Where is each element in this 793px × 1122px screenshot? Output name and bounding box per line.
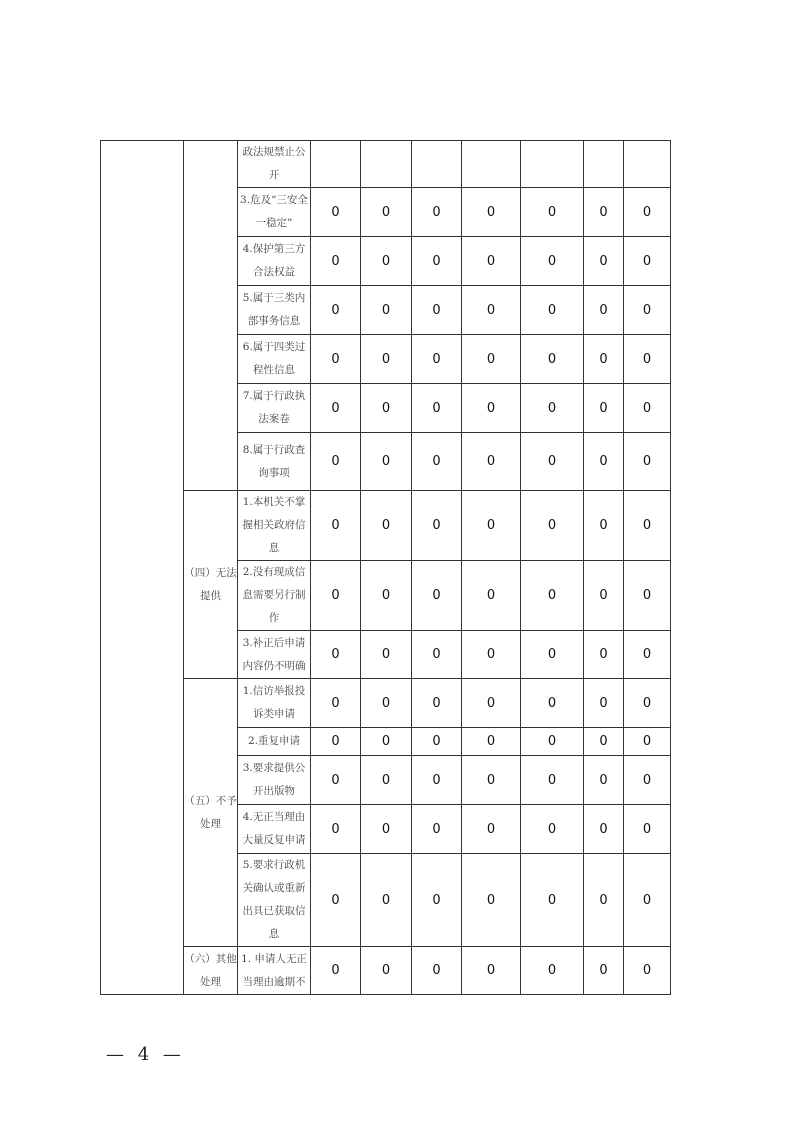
value-cell: 0 — [412, 286, 462, 335]
group-cell-other-handling: （六）其他处理 — [184, 947, 238, 995]
value-cell: 0 — [584, 728, 624, 756]
value-cell: 0 — [412, 335, 462, 384]
value-cell: 0 — [584, 433, 624, 491]
value-cell: 0 — [412, 679, 462, 728]
value-cell: 0 — [624, 728, 671, 756]
value-cell — [624, 141, 671, 188]
value-cell: 0 — [462, 188, 521, 237]
value-cell: 0 — [412, 188, 462, 237]
value-cell: 0 — [361, 188, 412, 237]
value-cell: 0 — [361, 433, 412, 491]
value-cell: 0 — [311, 433, 361, 491]
row-label: 2.重复申请 — [238, 728, 311, 756]
value-cell: 0 — [412, 854, 462, 947]
value-cell: 0 — [521, 237, 584, 286]
value-cell: 0 — [311, 335, 361, 384]
value-cell: 0 — [311, 854, 361, 947]
value-cell: 0 — [624, 854, 671, 947]
value-cell: 0 — [462, 561, 521, 631]
outer-category-cell — [101, 141, 184, 995]
page-number: — 4 — — [106, 1044, 185, 1065]
row-label: 8.属于行政查询事项 — [238, 433, 311, 491]
value-cell: 0 — [624, 561, 671, 631]
value-cell: 0 — [462, 286, 521, 335]
value-cell: 0 — [584, 756, 624, 805]
group-cell-not-processed: （五）不予处理 — [184, 679, 238, 947]
value-cell: 0 — [521, 728, 584, 756]
value-cell: 0 — [462, 237, 521, 286]
value-cell: 0 — [584, 335, 624, 384]
value-cell: 0 — [361, 237, 412, 286]
value-cell: 0 — [521, 631, 584, 679]
row-label: 3.危及“三安全一稳定” — [238, 188, 311, 237]
value-cell: 0 — [462, 728, 521, 756]
value-cell: 0 — [361, 854, 412, 947]
row-label: 1. 申请人无正当理由逾期不 — [238, 947, 311, 995]
value-cell: 0 — [624, 631, 671, 679]
value-cell: 0 — [462, 947, 521, 995]
value-cell: 0 — [311, 561, 361, 631]
value-cell: 0 — [521, 805, 584, 854]
value-cell: 0 — [584, 854, 624, 947]
value-cell: 0 — [311, 286, 361, 335]
value-cell: 0 — [584, 188, 624, 237]
value-cell: 0 — [361, 335, 412, 384]
row-label: 3.补正后申请内容仍不明确 — [238, 631, 311, 679]
value-cell: 0 — [412, 805, 462, 854]
value-cell: 0 — [462, 854, 521, 947]
value-cell — [311, 141, 361, 188]
value-cell: 0 — [361, 286, 412, 335]
value-cell: 0 — [462, 491, 521, 561]
value-cell — [521, 141, 584, 188]
value-cell: 0 — [521, 433, 584, 491]
value-cell: 0 — [311, 237, 361, 286]
value-cell: 0 — [624, 805, 671, 854]
value-cell: 0 — [361, 728, 412, 756]
value-cell: 0 — [361, 947, 412, 995]
value-cell: 0 — [584, 805, 624, 854]
value-cell: 0 — [412, 756, 462, 805]
table-row: 政法规禁止公开 — [101, 141, 671, 188]
value-cell: 0 — [521, 854, 584, 947]
value-cell: 0 — [311, 491, 361, 561]
value-cell — [584, 141, 624, 188]
row-label: 1.信访举报投诉类申请 — [238, 679, 311, 728]
value-cell: 0 — [462, 756, 521, 805]
value-cell — [361, 141, 412, 188]
row-label: 4.保护第三方合法权益 — [238, 237, 311, 286]
table-row: （五）不予处理 1.信访举报投诉类申请 0 0 0 0 0 0 0 — [101, 679, 671, 728]
value-cell: 0 — [521, 286, 584, 335]
value-cell: 0 — [584, 679, 624, 728]
row-label: 5.属于三类内部事务信息 — [238, 286, 311, 335]
value-cell: 0 — [584, 561, 624, 631]
value-cell: 0 — [624, 756, 671, 805]
value-cell: 0 — [624, 384, 671, 433]
value-cell — [412, 141, 462, 188]
value-cell: 0 — [521, 947, 584, 995]
group-cell — [184, 141, 238, 491]
value-cell: 0 — [584, 384, 624, 433]
value-cell: 0 — [624, 491, 671, 561]
value-cell: 0 — [624, 286, 671, 335]
value-cell: 0 — [412, 384, 462, 433]
value-cell: 0 — [311, 631, 361, 679]
row-label: 5.要求行政机关确认或重新出具已获取信息 — [238, 854, 311, 947]
value-cell: 0 — [412, 433, 462, 491]
value-cell: 0 — [521, 188, 584, 237]
row-label: 政法规禁止公开 — [238, 141, 311, 188]
value-cell: 0 — [361, 679, 412, 728]
row-label: 3.要求提供公开出版物 — [238, 756, 311, 805]
value-cell: 0 — [624, 237, 671, 286]
value-cell: 0 — [521, 491, 584, 561]
value-cell: 0 — [462, 433, 521, 491]
value-cell: 0 — [584, 286, 624, 335]
value-cell: 0 — [462, 631, 521, 679]
value-cell — [462, 141, 521, 188]
value-cell: 0 — [462, 679, 521, 728]
value-cell: 0 — [361, 384, 412, 433]
value-cell: 0 — [311, 679, 361, 728]
value-cell: 0 — [311, 805, 361, 854]
value-cell: 0 — [462, 335, 521, 384]
value-cell: 0 — [311, 728, 361, 756]
value-cell: 0 — [361, 561, 412, 631]
value-cell: 0 — [584, 947, 624, 995]
value-cell: 0 — [412, 491, 462, 561]
value-cell: 0 — [412, 947, 462, 995]
value-cell: 0 — [521, 756, 584, 805]
value-cell: 0 — [311, 384, 361, 433]
value-cell: 0 — [624, 433, 671, 491]
value-cell: 0 — [584, 491, 624, 561]
row-label: 6.属于四类过程性信息 — [238, 335, 311, 384]
value-cell: 0 — [521, 384, 584, 433]
value-cell: 0 — [311, 756, 361, 805]
value-cell: 0 — [412, 631, 462, 679]
value-cell: 0 — [361, 756, 412, 805]
row-label: 4.无正当理由大量反复申请 — [238, 805, 311, 854]
row-label: 7.属于行政执法案卷 — [238, 384, 311, 433]
value-cell: 0 — [624, 188, 671, 237]
value-cell: 0 — [624, 947, 671, 995]
value-cell: 0 — [521, 335, 584, 384]
value-cell: 0 — [624, 679, 671, 728]
group-cell-unable-to-provide: （四）无法提供 — [184, 491, 238, 679]
value-cell: 0 — [462, 805, 521, 854]
row-label: 2.没有现成信息需要另行制作 — [238, 561, 311, 631]
value-cell: 0 — [521, 679, 584, 728]
value-cell: 0 — [584, 237, 624, 286]
value-cell: 0 — [624, 335, 671, 384]
value-cell: 0 — [361, 805, 412, 854]
value-cell: 0 — [361, 631, 412, 679]
value-cell: 0 — [311, 188, 361, 237]
value-cell: 0 — [412, 561, 462, 631]
value-cell: 0 — [412, 728, 462, 756]
row-label: 1.本机关不掌握相关政府信息 — [238, 491, 311, 561]
table-row: （四）无法提供 1.本机关不掌握相关政府信息 0 0 0 0 0 0 0 — [101, 491, 671, 561]
value-cell: 0 — [462, 384, 521, 433]
disclosure-statistics-table: 政法规禁止公开 3.危及“三安全一稳定” 0 0 0 0 0 0 0 4.保护第… — [100, 140, 671, 995]
table-row: （六）其他处理 1. 申请人无正当理由逾期不 0 0 0 0 0 0 0 — [101, 947, 671, 995]
value-cell: 0 — [361, 491, 412, 561]
value-cell: 0 — [584, 631, 624, 679]
value-cell: 0 — [521, 561, 584, 631]
value-cell: 0 — [311, 947, 361, 995]
value-cell: 0 — [412, 237, 462, 286]
